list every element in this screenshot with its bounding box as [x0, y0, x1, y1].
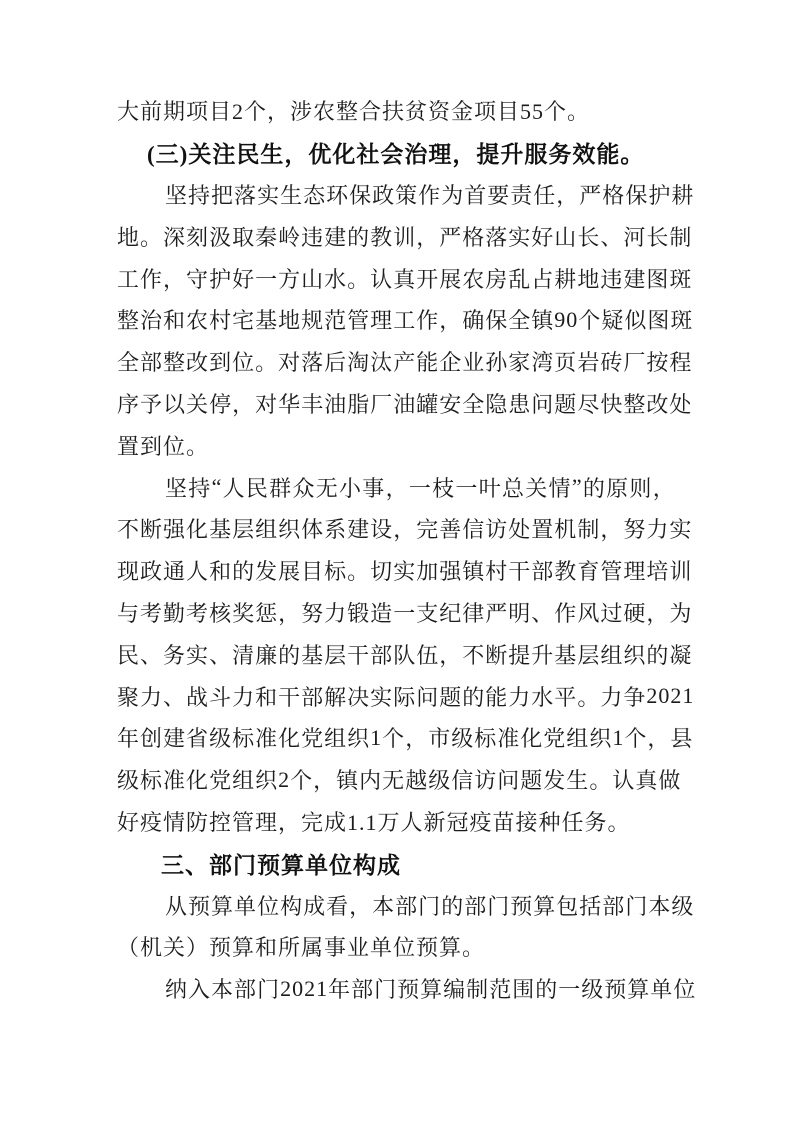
text-glyph: 干	[278, 681, 301, 712]
text-glyph: 、	[163, 681, 186, 712]
text-glyph: 际	[393, 681, 416, 712]
text-glyph: 违	[301, 221, 324, 252]
text-glyph: 组	[255, 513, 278, 544]
text-glyph: 全	[508, 304, 531, 335]
text-glyph: 安	[439, 388, 462, 419]
text-glyph: 后	[324, 346, 347, 377]
text-glyph: 部	[301, 681, 324, 712]
text-glyph: 完	[416, 513, 439, 544]
text-glyph: 培	[646, 555, 669, 586]
text-glyph: 预	[510, 890, 533, 921]
text-glyph: 范	[489, 973, 512, 1004]
text-glyph: 部	[370, 639, 393, 670]
text-glyph: 好	[531, 221, 554, 252]
text-glyph: 律	[462, 597, 485, 628]
text-glyph: 本	[648, 890, 671, 921]
document-page: 大前期项目2个，涉农整合扶贫资金项目55个。(三)关注民生，优化社会治理，提升服…	[0, 0, 793, 1122]
text-glyph: 和	[255, 681, 278, 712]
text-glyph: 位	[673, 973, 696, 1004]
text-glyph: 展	[439, 263, 462, 294]
text-glyph: 2	[278, 767, 290, 793]
text-glyph: 似	[624, 304, 647, 335]
text-glyph: 枝	[432, 472, 455, 503]
text-glyph: 作	[418, 179, 441, 210]
text-glyph: 力	[646, 513, 669, 544]
text-glyph: 标	[232, 722, 255, 753]
text-glyph: 。	[347, 263, 370, 294]
text-glyph: 化	[186, 513, 209, 544]
text-glyph: 围	[512, 973, 535, 1004]
text-glyph: 家	[508, 346, 531, 377]
text-glyph: 切	[370, 555, 393, 586]
text-glyph: 原	[606, 472, 629, 503]
text-glyph: 关	[525, 472, 548, 503]
text-glyph: 整	[163, 346, 186, 377]
text-glyph: 年	[117, 722, 140, 753]
text-glyph: 停	[209, 388, 232, 419]
text-glyph: ，	[556, 179, 579, 210]
text-glyph: 淘	[347, 346, 370, 377]
heading-line: 三、部门预算单位构成	[117, 842, 676, 884]
text-glyph: 基	[301, 639, 324, 670]
text-glyph: 持	[188, 179, 211, 210]
text-glyph: 善	[439, 513, 462, 544]
text-glyph: 严	[485, 597, 508, 628]
text-glyph: 一	[558, 973, 581, 1004]
text-glyph: 强	[163, 513, 186, 544]
text-glyph: 题	[439, 681, 462, 712]
text-glyph: 事	[362, 472, 385, 503]
text-glyph: 、	[531, 597, 554, 628]
text-glyph: ，	[349, 890, 372, 921]
text-glyph: 访	[485, 513, 508, 544]
text-glyph: 不	[117, 513, 140, 544]
text-glyph: 村	[485, 555, 508, 586]
text-glyph: 断	[485, 639, 508, 670]
text-glyph: 隐	[485, 388, 508, 419]
text-glyph: 年	[328, 973, 351, 1004]
text-glyph: 地	[577, 263, 600, 294]
text-glyph: 工	[393, 304, 416, 335]
text-glyph: 农	[462, 263, 485, 294]
text-glyph: 本	[211, 973, 234, 1004]
text-glyph: 队	[393, 639, 416, 670]
text-glyph: 、	[140, 639, 163, 670]
text-glyph: 对	[255, 388, 278, 419]
body-text-line: 聚力、战斗力和干部解决实际问题的能力水平。力争2021	[117, 675, 676, 717]
text-glyph: 小	[339, 472, 362, 503]
text-glyph: 镇	[462, 555, 485, 586]
text-glyph: 、	[209, 639, 232, 670]
text-glyph: 地	[117, 221, 140, 252]
text-glyph: 群	[269, 472, 292, 503]
text-glyph: 责	[510, 179, 533, 210]
text-glyph: 算	[420, 973, 443, 1004]
text-glyph: 和	[209, 555, 232, 586]
text-glyph: 建	[163, 722, 186, 753]
text-glyph: ，	[405, 722, 428, 753]
text-glyph: ，	[653, 472, 676, 503]
text-glyph: 问	[531, 388, 554, 419]
text-glyph: 民	[117, 639, 140, 670]
text-glyph: 组	[566, 722, 589, 753]
text-glyph: 单	[234, 890, 257, 921]
text-glyph: 力	[140, 681, 163, 712]
body-text-line: 不断强化基层组织体系建设，完善信访处置机制，努力实	[117, 508, 676, 550]
text-glyph: 位	[232, 346, 255, 377]
text-glyph: 护	[648, 179, 671, 210]
text-glyph: 山	[301, 263, 324, 294]
text-glyph: 级	[671, 890, 694, 921]
text-glyph: 核	[209, 597, 232, 628]
text-glyph: 斗	[209, 681, 232, 712]
text-glyph: 制	[466, 973, 489, 1004]
text-glyph: 越	[405, 764, 428, 795]
text-glyph: 问	[416, 681, 439, 712]
text-glyph: 农	[186, 304, 209, 335]
text-glyph: 能	[416, 346, 439, 377]
text-glyph: 市	[428, 722, 451, 753]
text-glyph: 门	[487, 890, 510, 921]
text-glyph: 情	[549, 472, 572, 503]
body-text-line: 从预算单位构成看，本部门的部门预算包括部门本级	[117, 884, 676, 926]
text-glyph: 实	[508, 221, 531, 252]
text-glyph: 不	[462, 639, 485, 670]
text-glyph: 明	[508, 597, 531, 628]
text-glyph: 战	[186, 681, 209, 712]
text-glyph: 守	[186, 263, 209, 294]
text-glyph: 丰	[301, 388, 324, 419]
text-glyph: 一	[393, 597, 416, 628]
text-glyph: 长	[577, 221, 600, 252]
text-glyph: 占	[531, 263, 554, 294]
text-glyph: 深	[163, 221, 186, 252]
text-glyph: 整	[117, 304, 140, 335]
body-text-line: 级标准化党组织2个，镇内无越级信访问题发生。认真做	[117, 759, 676, 801]
text-glyph: 做	[658, 764, 681, 795]
text-glyph: 支	[416, 597, 439, 628]
text-glyph: 华	[278, 388, 301, 419]
text-glyph: 一	[455, 472, 478, 503]
text-glyph: 门	[374, 973, 397, 1004]
text-glyph: 过	[600, 597, 623, 628]
text-glyph: 环	[326, 179, 349, 210]
text-glyph: 厂	[370, 388, 393, 419]
text-glyph: 格	[602, 179, 625, 210]
text-glyph: 坚	[165, 472, 188, 503]
text-glyph: 准	[163, 764, 186, 795]
text-glyph: 要	[487, 179, 510, 210]
text-glyph: 惩	[255, 597, 278, 628]
text-glyph: 砖	[600, 346, 623, 377]
text-glyph: 解	[324, 681, 347, 712]
text-glyph: 包	[556, 890, 579, 921]
text-glyph: 政	[372, 179, 395, 210]
text-glyph: 的	[278, 639, 301, 670]
text-glyph: 题	[554, 388, 577, 419]
text-glyph: 全	[462, 388, 485, 419]
text-glyph: 叶	[479, 472, 502, 503]
text-glyph: 1	[370, 725, 382, 751]
text-glyph: 访	[474, 764, 497, 795]
text-glyph: ，	[313, 764, 336, 795]
text-glyph: 层	[324, 639, 347, 670]
text-glyph: 关	[186, 388, 209, 419]
text-glyph: 建	[623, 263, 646, 294]
text-glyph: 通	[163, 555, 186, 586]
text-glyph: ，	[163, 263, 186, 294]
text-glyph: 问	[497, 764, 520, 795]
text-glyph: 信	[462, 513, 485, 544]
text-glyph: 图	[647, 304, 670, 335]
body-text-line: 地。深刻汲取秦岭违建的教训，严格落实好山长、河长制	[117, 215, 676, 257]
text-glyph: 河	[623, 221, 646, 252]
text-glyph: 确	[462, 304, 485, 335]
text-glyph: 图	[646, 263, 669, 294]
text-glyph: 长	[646, 221, 669, 252]
text-glyph: 一	[255, 263, 278, 294]
text-glyph: 真	[393, 263, 416, 294]
text-glyph: 保	[625, 179, 648, 210]
text-glyph: 力	[324, 597, 347, 628]
text-glyph: 患	[508, 388, 531, 419]
text-glyph: 汲	[209, 221, 232, 252]
text-glyph: 。	[589, 764, 612, 795]
text-glyph: 部	[234, 973, 257, 1004]
text-glyph: 部	[602, 890, 625, 921]
text-glyph: 级	[117, 764, 140, 795]
text-glyph: 部	[351, 973, 374, 1004]
text-glyph: 众	[292, 472, 315, 503]
text-glyph: 落	[234, 179, 257, 210]
text-glyph: 基	[209, 513, 232, 544]
text-glyph: 创	[140, 722, 163, 753]
text-glyph: 奖	[232, 597, 255, 628]
text-glyph: 认	[370, 263, 393, 294]
text-glyph: 脂	[347, 388, 370, 419]
text-glyph: 乱	[508, 263, 531, 294]
text-glyph: 任	[533, 179, 556, 210]
text-glyph: 山	[554, 221, 577, 252]
text-glyph: 民	[246, 472, 269, 503]
text-glyph: 保	[349, 179, 372, 210]
text-glyph: 按	[646, 346, 669, 377]
text-glyph: 凝	[669, 639, 692, 670]
body-text-line: 大前期项目2个，涉农整合扶贫资金项目55个。	[117, 90, 676, 132]
text-glyph: 干	[508, 555, 531, 586]
text-glyph: 处	[508, 513, 531, 544]
text-glyph: 级	[209, 722, 232, 753]
text-glyph: 人	[186, 555, 209, 586]
text-glyph: 态	[303, 179, 326, 210]
text-glyph: 好	[232, 263, 255, 294]
text-glyph: 个	[382, 722, 405, 753]
body-text-line: 好疫情防控管理，完成1.1万人新冠疫苗接种任务。	[117, 801, 676, 843]
text-glyph: 基	[255, 304, 278, 335]
text-glyph: 生	[280, 179, 303, 210]
body-text-line: 坚持“人民群众无小事，一枝一叶总关情”的原则，	[117, 466, 676, 508]
text-glyph: 化	[278, 722, 301, 753]
text-glyph: 位	[257, 890, 280, 921]
text-glyph: 改	[646, 388, 669, 419]
text-glyph: 认	[612, 764, 635, 795]
text-glyph: 汰	[370, 346, 393, 377]
text-glyph: 能	[485, 681, 508, 712]
text-glyph: 题	[520, 764, 543, 795]
text-glyph: 作	[554, 597, 577, 628]
text-glyph: 准	[255, 722, 278, 753]
text-glyph: 个	[578, 304, 601, 335]
text-glyph: 信	[451, 764, 474, 795]
text-glyph: 开	[416, 263, 439, 294]
text-glyph: 制	[577, 513, 600, 544]
text-glyph: 无	[316, 472, 339, 503]
text-glyph: 把	[211, 179, 234, 210]
text-glyph: 村	[209, 304, 232, 335]
body-text-line: 全部整改到位。对落后淘汰产能企业孙家湾页岩砖厂按程	[117, 341, 676, 383]
text-glyph: 孙	[485, 346, 508, 377]
text-glyph: 力	[232, 681, 255, 712]
text-glyph: 层	[577, 639, 600, 670]
text-glyph: 现	[117, 555, 140, 586]
text-glyph: 体	[301, 513, 324, 544]
text-glyph: 尽	[577, 388, 600, 419]
text-glyph: 单	[650, 973, 673, 1004]
text-glyph: 编	[443, 973, 466, 1004]
text-glyph: 房	[485, 263, 508, 294]
text-glyph: 疑	[601, 304, 624, 335]
text-glyph: 治	[140, 304, 163, 335]
text-glyph: 造	[370, 597, 393, 628]
text-glyph: 省	[186, 722, 209, 753]
text-glyph: 2021	[646, 683, 694, 709]
text-glyph: 纪	[439, 597, 462, 628]
text-glyph: 标	[140, 764, 163, 795]
text-glyph: 湾	[531, 346, 554, 377]
text-glyph: ，	[232, 388, 255, 419]
text-glyph: 务	[163, 639, 186, 670]
text-glyph: 预	[604, 973, 627, 1004]
text-glyph: 、	[600, 221, 623, 252]
body-text-line: 年创建省级标准化党组织1个，市级标准化党组织1个，县	[117, 717, 676, 759]
text-glyph: 总	[502, 472, 525, 503]
text-glyph: 入	[188, 973, 211, 1004]
text-glyph: 1	[612, 725, 624, 751]
text-glyph: 力	[600, 681, 623, 712]
text-glyph: 理	[623, 555, 646, 586]
text-glyph: 程	[669, 346, 692, 377]
text-glyph: 标	[474, 722, 497, 753]
text-glyph: 升	[531, 639, 554, 670]
text-glyph: 县	[670, 722, 693, 753]
text-glyph: 织	[347, 722, 370, 753]
text-glyph: ”	[572, 474, 583, 500]
text-glyph: ，	[439, 639, 462, 670]
text-glyph: 建	[347, 513, 370, 544]
text-glyph: 置	[531, 513, 554, 544]
text-glyph: 干	[347, 639, 370, 670]
text-glyph: 从	[165, 890, 188, 921]
text-glyph: 则	[629, 472, 652, 503]
text-glyph: 人	[223, 472, 246, 503]
body-text-line: 工作，守护好一方山水。认真开展农房乱占耕地违建图斑	[117, 257, 676, 299]
text-glyph: 取	[232, 221, 255, 252]
text-glyph: 聚	[117, 681, 140, 712]
text-glyph: 到	[209, 346, 232, 377]
text-glyph: 实	[669, 513, 692, 544]
text-glyph: 作	[140, 263, 163, 294]
body-text-line: 序予以关停，对华丰油脂厂油罐安全隐患问题尽快整改处	[117, 383, 676, 425]
text-glyph: 力	[508, 681, 531, 712]
text-glyph: 耕	[671, 179, 694, 210]
text-glyph: 纳	[165, 973, 188, 1004]
text-glyph: 策	[395, 179, 418, 210]
text-glyph: 训	[393, 221, 416, 252]
text-glyph: 党	[543, 722, 566, 753]
text-glyph: 层	[232, 513, 255, 544]
text-glyph: 勤	[163, 597, 186, 628]
text-glyph: 。	[140, 221, 163, 252]
text-glyph: 耕	[554, 263, 577, 294]
text-glyph: 刻	[186, 221, 209, 252]
text-glyph: 地	[278, 304, 301, 335]
text-glyph: 的	[441, 890, 464, 921]
text-glyph: 决	[347, 681, 370, 712]
text-glyph: 算	[533, 890, 556, 921]
text-glyph: 内	[359, 764, 382, 795]
text-glyph: 组	[324, 722, 347, 753]
text-glyph: 镇	[336, 764, 359, 795]
text-glyph: 一	[409, 472, 432, 503]
body-text-line: 民、务实、清廉的基层干部队伍，不断提升基层组织的凝	[117, 633, 676, 675]
text-glyph: 水	[324, 263, 347, 294]
text-glyph: 处	[669, 388, 692, 419]
text-glyph: 门	[418, 890, 441, 921]
text-glyph: 本	[372, 890, 395, 921]
text-glyph: 展	[278, 555, 301, 586]
text-glyph: 门	[257, 973, 280, 1004]
text-glyph: 系	[324, 513, 347, 544]
text-glyph: 格	[462, 221, 485, 252]
text-glyph: 规	[301, 304, 324, 335]
text-glyph: 岩	[577, 346, 600, 377]
text-glyph: 的	[535, 973, 558, 1004]
text-glyph: ，	[439, 304, 462, 335]
text-glyph: 级	[451, 722, 474, 753]
text-glyph: 锻	[347, 597, 370, 628]
text-glyph: 发	[543, 764, 566, 795]
text-glyph: 硬	[623, 597, 646, 628]
text-glyph: 持	[188, 472, 211, 503]
text-glyph: 育	[577, 555, 600, 586]
text-glyph: 建	[324, 221, 347, 252]
text-glyph: 考	[140, 597, 163, 628]
text-glyph: ，	[600, 513, 623, 544]
text-glyph: 织	[278, 513, 301, 544]
text-glyph: 部	[464, 890, 487, 921]
body-text-line: 纳入本部门2021年部门预算编制范围的一级预算单位	[117, 968, 676, 1010]
text-glyph: 门	[625, 890, 648, 921]
text-glyph: 严	[579, 179, 602, 210]
text-glyph: 平	[554, 681, 577, 712]
heading-line: (三)关注民生，优化社会治理，提升服务效能。	[117, 132, 676, 174]
text-glyph: 设	[370, 513, 393, 544]
text-glyph: 预	[397, 973, 420, 1004]
text-glyph: ，	[647, 722, 670, 753]
text-glyph: 水	[531, 681, 554, 712]
text-glyph: 严	[439, 221, 462, 252]
text-glyph: 廉	[255, 639, 278, 670]
